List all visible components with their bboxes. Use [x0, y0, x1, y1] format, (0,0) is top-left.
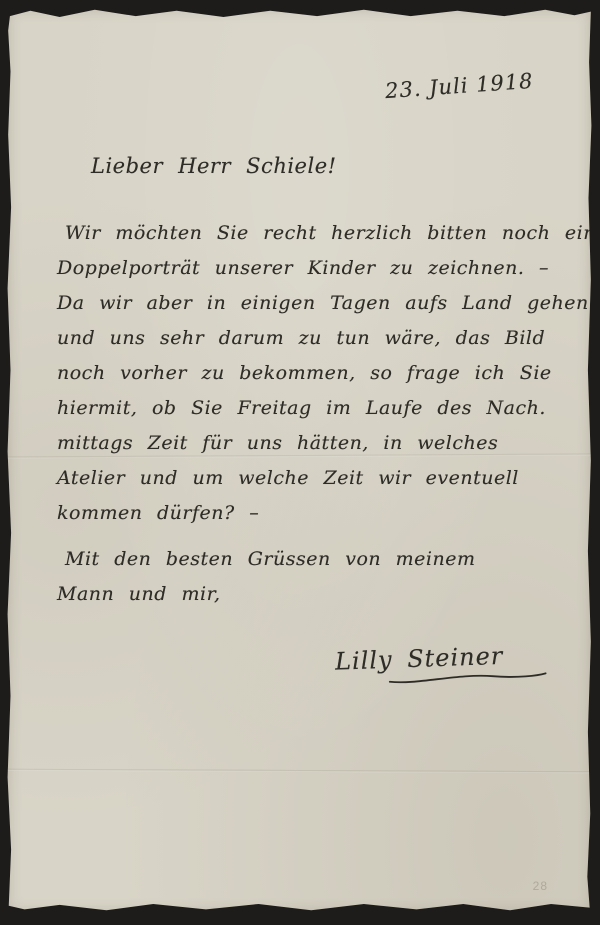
- fold-crease-lower: [7, 769, 592, 774]
- letter-paper: 23. Juli 1918 Lieber Herr Schiele! Wir m…: [7, 8, 592, 913]
- signature-block: Lilly Steiner: [335, 640, 546, 675]
- letter-body-line: Mann und mir,: [57, 577, 554, 612]
- letter-body-line: Da wir aber in einigen Tagen aufs Land g…: [57, 286, 554, 321]
- letter-body-line: Doppelporträt unserer Kinder zu zeichnen…: [57, 251, 554, 286]
- letter-body-line: hiermit, ob Sie Freitag im Laufe des Nac…: [57, 391, 554, 426]
- letter-body-line: und uns sehr darum zu tun wäre, das Bild: [57, 321, 554, 356]
- letter-body-line: Atelier und um welche Zeit wir eventuell: [57, 461, 554, 496]
- pencil-page-number: 28: [533, 879, 548, 893]
- letter-date: 23. Juli 1918: [385, 69, 535, 103]
- letter-body-line: kommen dürfen? –: [57, 496, 554, 531]
- letter-body-line: Mit den besten Grüssen von meinem: [57, 542, 554, 577]
- letter-body: Wir möchten Sie recht herzlich bitten no…: [57, 216, 554, 612]
- scan-background: 23. Juli 1918 Lieber Herr Schiele! Wir m…: [0, 0, 600, 925]
- letter-body-line: noch vorher zu bekommen, so frage ich Si…: [57, 356, 554, 391]
- letter-body-line: Wir möchten Sie recht herzlich bitten no…: [57, 216, 554, 251]
- letter-salutation: Lieber Herr Schiele!: [91, 154, 337, 178]
